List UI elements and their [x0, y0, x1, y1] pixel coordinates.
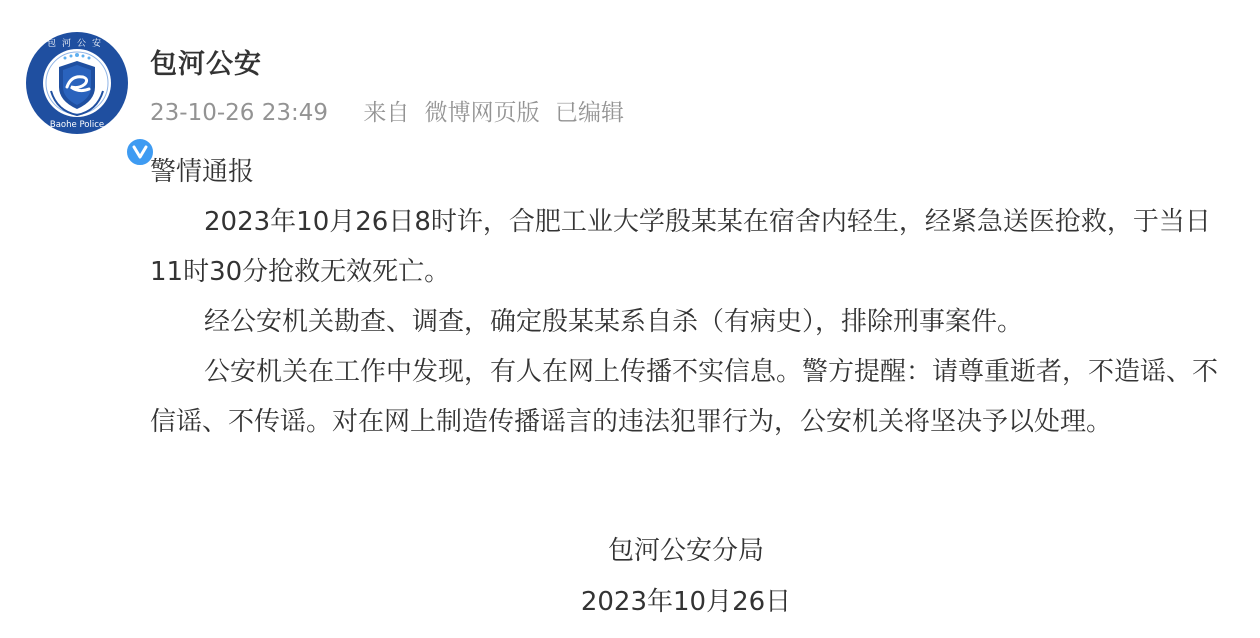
post-title: 警情通报: [150, 147, 1225, 197]
avatar[interactable]: Baohe Police 包河公安: [25, 31, 129, 135]
post-meta: 23-10-26 23:49 来自 微博网页版 已编辑: [150, 94, 624, 127]
post-paragraph: 公安机关在工作中发现，有人在网上传播不实信息。警方提醒：请尊重逝者，不造谣、不信…: [150, 347, 1225, 447]
verified-v-icon: [132, 145, 148, 159]
emblem-ring-text: 包河公安: [47, 37, 107, 49]
edited-label[interactable]: 已编辑: [555, 100, 624, 126]
author-name[interactable]: 包河公安: [150, 42, 262, 81]
source-link[interactable]: 微博网页版: [425, 100, 540, 126]
post-body: 警情通报 2023年10月26日8时许，合肥工业大学殷某某在宿舍内轻生，经紧急送…: [150, 147, 1225, 447]
signature-org: 包河公安分局: [0, 530, 1260, 567]
source-prefix: 来自: [363, 100, 409, 126]
post-timestamp[interactable]: 23-10-26 23:49: [150, 100, 328, 126]
emblem-ring-text: Baohe Police: [50, 120, 104, 130]
post-paragraph: 2023年10月26日8时许，合肥工业大学殷某某在宿舍内轻生，经紧急送医抢救，于…: [150, 197, 1225, 297]
police-emblem-icon: Baohe Police 包河公安: [25, 31, 129, 135]
signature-date: 2023年10月26日: [0, 581, 1260, 618]
post-paragraph: 经公安机关勘查、调查，确定殷某某系自杀（有病史），排除刑事案件。: [150, 297, 1225, 347]
